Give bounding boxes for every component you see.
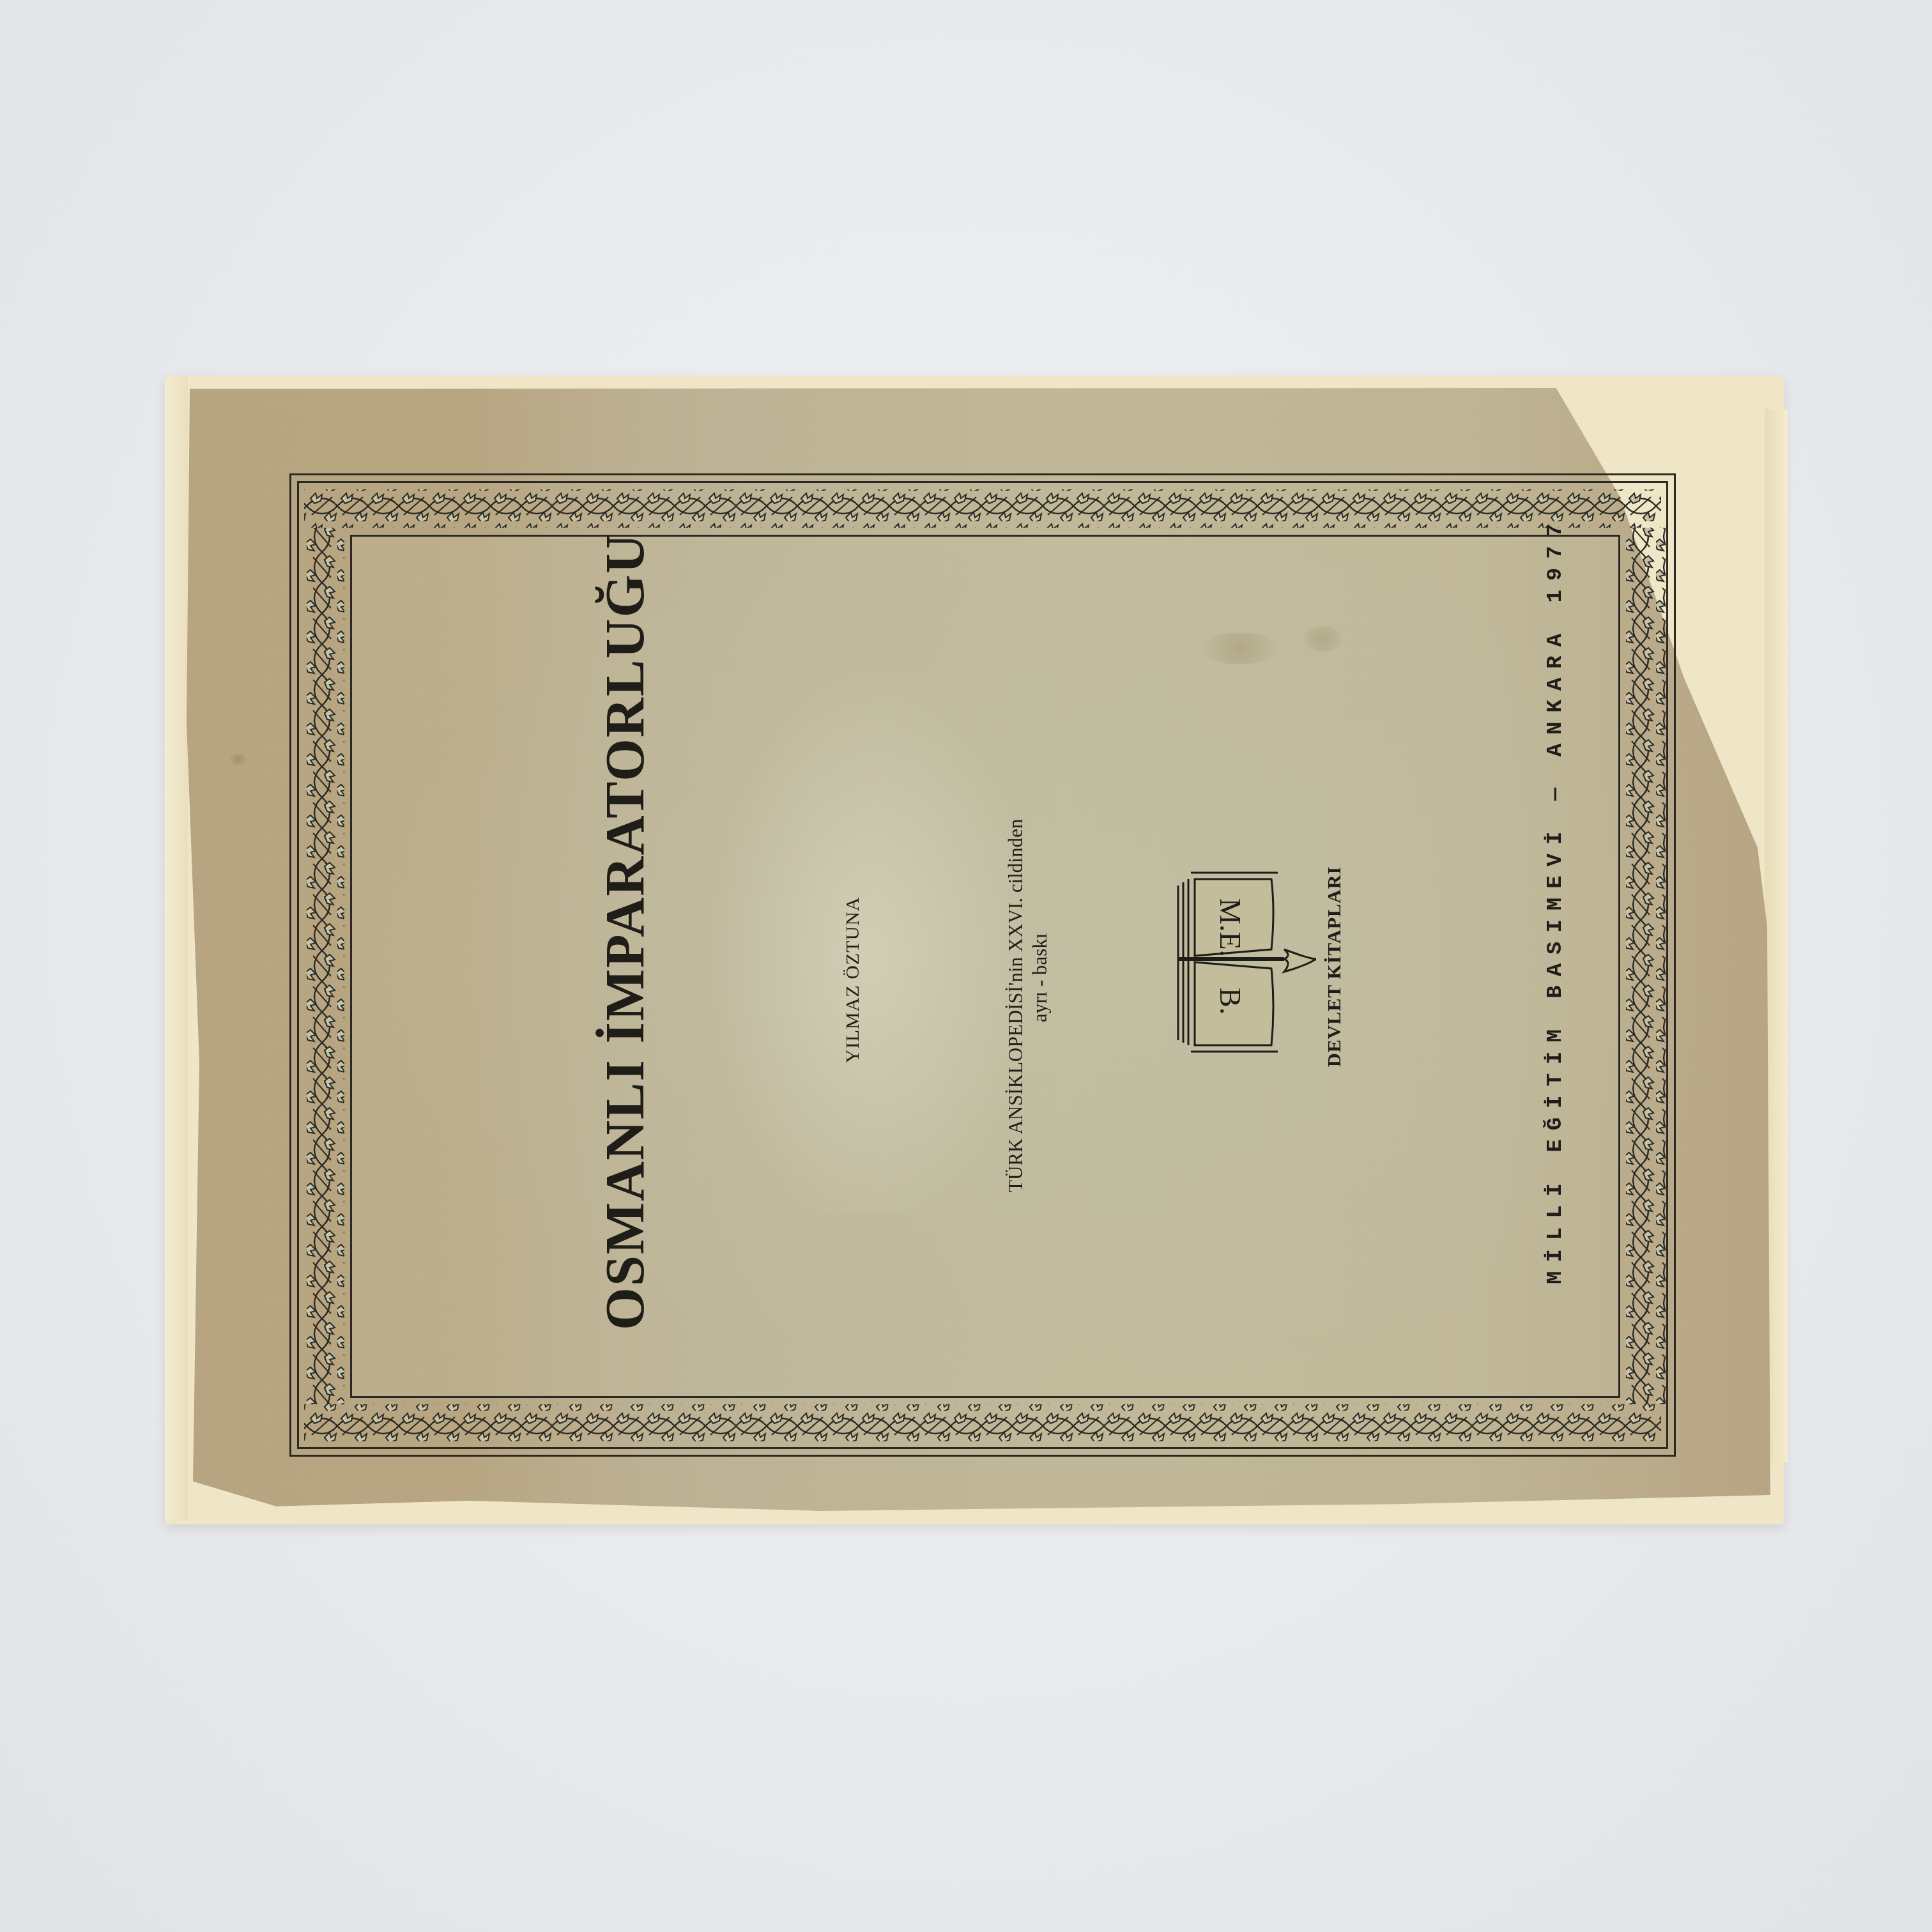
source-line: TÜRK ANSİKLOPEDİSİ'nin XXVI. cildinden [1004,819,1027,1192]
book-title: OSMANLI İMPARATORLUĞU [593,533,657,1330]
svg-text:M.E.: M.E. [1214,898,1246,957]
source-edition-line: ayrı - baskı [1029,933,1052,1022]
open-book-with-torch-icon: M.E. B. [1163,854,1316,1071]
svg-text:B.: B. [1214,988,1246,1015]
author-name: YILMAZ ÖZTUNA [842,897,864,1063]
cover-text-panel [350,535,1620,1398]
series-name: DEVLET KİTAPLARI [1324,866,1345,1067]
publisher-imprint: MİLLİ EĞİTİM BASIMEVİ — ANKARA 1977 [1544,515,1568,1284]
